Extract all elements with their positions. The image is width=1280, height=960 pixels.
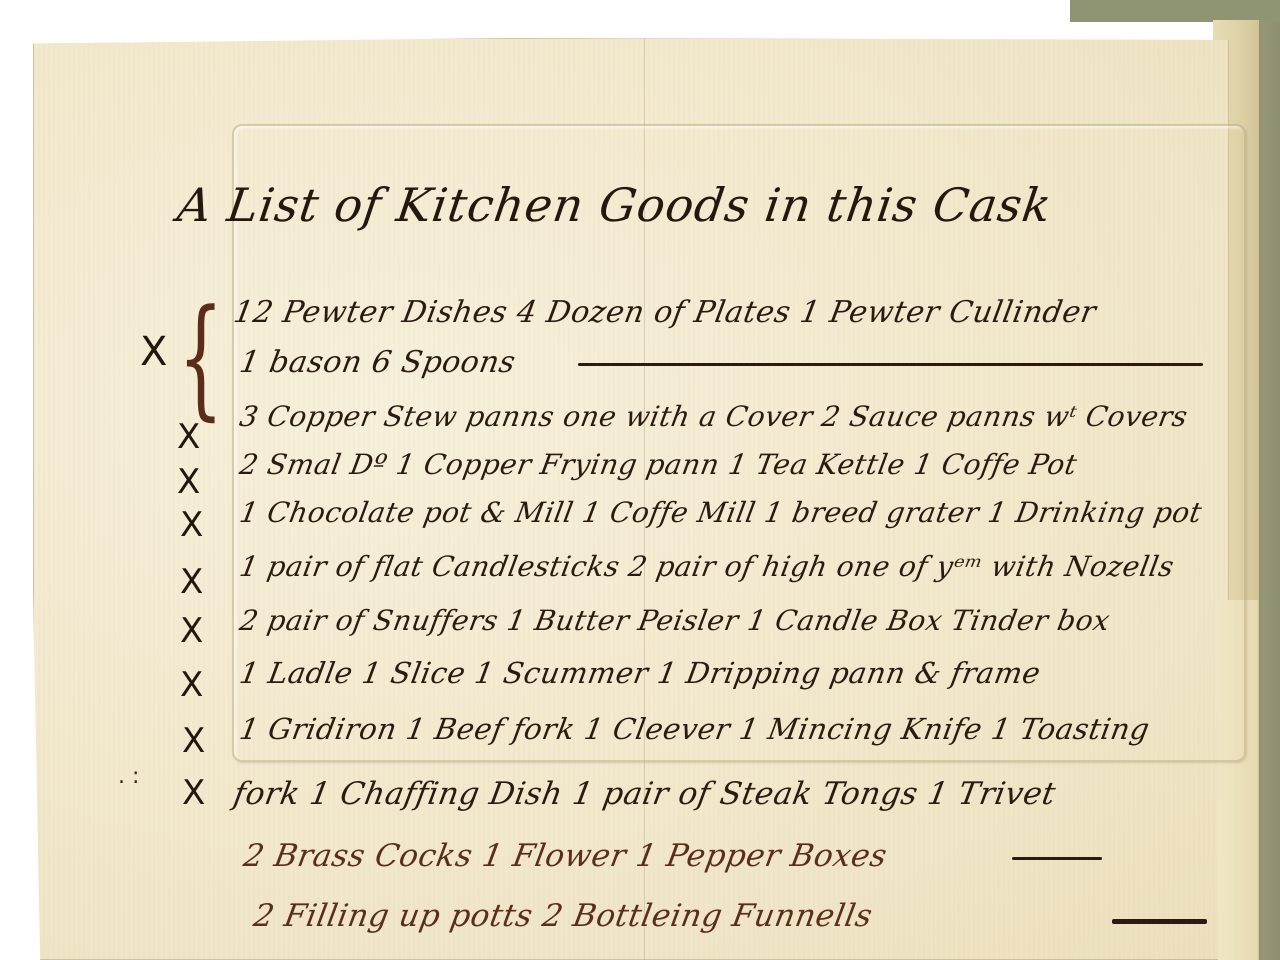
list-line-2: 1 bason 6 Spoons	[237, 345, 518, 380]
line-fill-rule-2	[1012, 857, 1102, 860]
list-line-9: 1 Gridiron 1 Beef fork 1 Cleever 1 Minci…	[237, 712, 1152, 746]
margin-x-mark-3: X	[177, 465, 200, 499]
margin-x-mark-4: X	[180, 508, 203, 542]
list-line-8: 1 Ladle 1 Slice 1 Scummer 1 Dripping pan…	[237, 656, 1043, 690]
list-line-4: 2 Smal Dº 1 Copper Frying pann 1 Tea Ket…	[237, 448, 1080, 481]
list-line-11: 2 Brass Cocks 1 Flower 1 Pepper Boxes	[241, 838, 890, 874]
margin-x-mark-1: X	[140, 332, 167, 372]
margin-x-mark-5: X	[180, 565, 203, 599]
list-line-12: 2 Filling up potts 2 Bottleing Funnells	[251, 898, 875, 934]
margin-x-mark-9: X	[182, 776, 205, 810]
line-fill-rule-1	[578, 363, 1203, 366]
line-fill-rule-3	[1112, 919, 1207, 924]
list-line-1: 12 Pewter Dishes 4 Dozen of Plates 1 Pew…	[231, 295, 1099, 330]
list-line-6: 1 pair of flat Candlesticks 2 pair of hi…	[237, 550, 1177, 583]
mounting-board-top	[1070, 0, 1280, 22]
list-line-7: 2 pair of Snuffers 1 Butter Peisler 1 Ca…	[237, 604, 1113, 637]
margin-x-mark-2: X	[177, 420, 200, 454]
list-line-10: fork 1 Chaffing Dish 1 pair of Steak Ton…	[231, 776, 1059, 812]
list-line-5: 1 Chocolate pot & Mill 1 Coffe Mill 1 br…	[237, 496, 1205, 529]
paper-fold-strip-lower	[1218, 600, 1258, 960]
scanned-document: A List of Kitchen Goods in this Cask { X…	[0, 0, 1280, 960]
margin-x-mark-8: X	[182, 724, 205, 758]
bracket-mark: {	[178, 292, 223, 422]
margin-x-mark-7: X	[180, 668, 203, 702]
margin-x-mark-6: X	[180, 614, 203, 648]
document-title: A List of Kitchen Goods in this Cask	[174, 178, 1055, 232]
stray-ink-marks: . :	[118, 764, 139, 789]
list-line-3: 3 Copper Stew panns one with a Cover 2 S…	[237, 400, 1190, 433]
